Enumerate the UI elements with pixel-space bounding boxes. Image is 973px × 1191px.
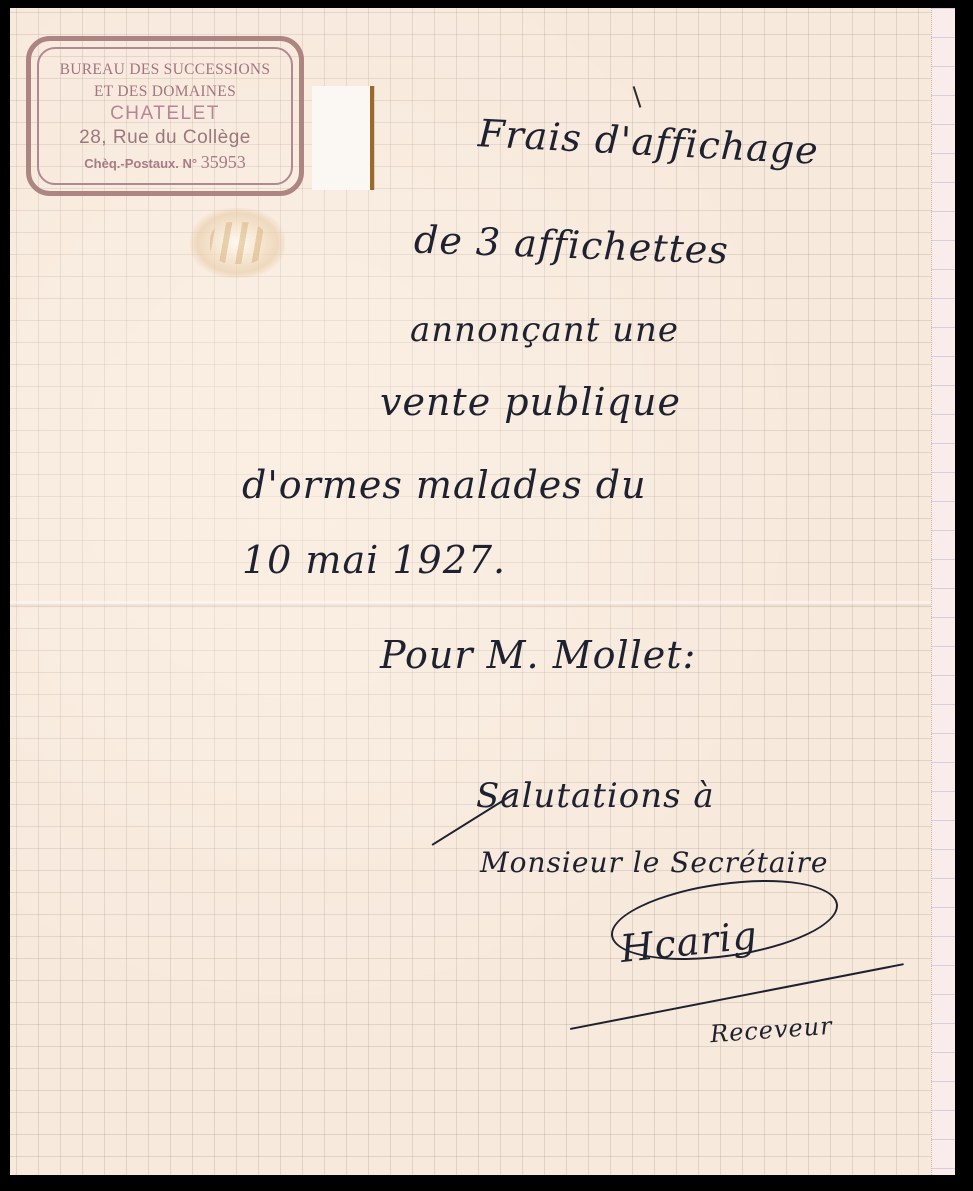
handwritten-line-2: de 3 affichettes: [413, 218, 729, 273]
handwritten-line-1: Frais d'affichage: [477, 111, 820, 173]
stamp-address: 28, Rue du Collège: [39, 125, 291, 151]
handwritten-addressee: Monsieur le Secrétaire: [480, 846, 828, 879]
page-margin-strip: [931, 8, 955, 1175]
handwritten-line-4: vente publique: [380, 380, 681, 424]
handwritten-title: Receveur: [709, 1012, 833, 1048]
glue-stain: [190, 208, 285, 278]
stamp-postal-number: 35953: [201, 152, 246, 172]
handwritten-salutation: Salutations à: [476, 776, 715, 816]
stamp-office-subtitle: ET DES DOMAINES: [39, 81, 291, 103]
fiscal-stamp-remnant: [312, 86, 374, 190]
stamp-town: CHATELET: [39, 103, 291, 125]
handwritten-line-5: d'ormes malades du: [242, 463, 647, 507]
handwritten-line-3: annonçant une: [410, 310, 679, 350]
handwritten-date: 10 mai 1927.: [242, 538, 506, 582]
office-stamp: BUREAU DES SUCCESSIONS ET DES DOMAINES C…: [26, 36, 304, 196]
pen-tick-mark: [633, 86, 641, 107]
stamp-office-name: BUREAU DES SUCCESSIONS: [39, 59, 291, 81]
stamp-postal-label: Chèq.-Postaux. N°: [84, 156, 197, 171]
stamp-postal-account: Chèq.-Postaux. N° 35953: [39, 151, 291, 175]
office-stamp-inner-border: BUREAU DES SUCCESSIONS ET DES DOMAINES C…: [37, 47, 293, 185]
paper-fold-line: [10, 600, 931, 608]
document-page: BUREAU DES SUCCESSIONS ET DES DOMAINES C…: [10, 8, 955, 1175]
handwritten-for-line: Pour M. Mollet:: [380, 633, 696, 677]
